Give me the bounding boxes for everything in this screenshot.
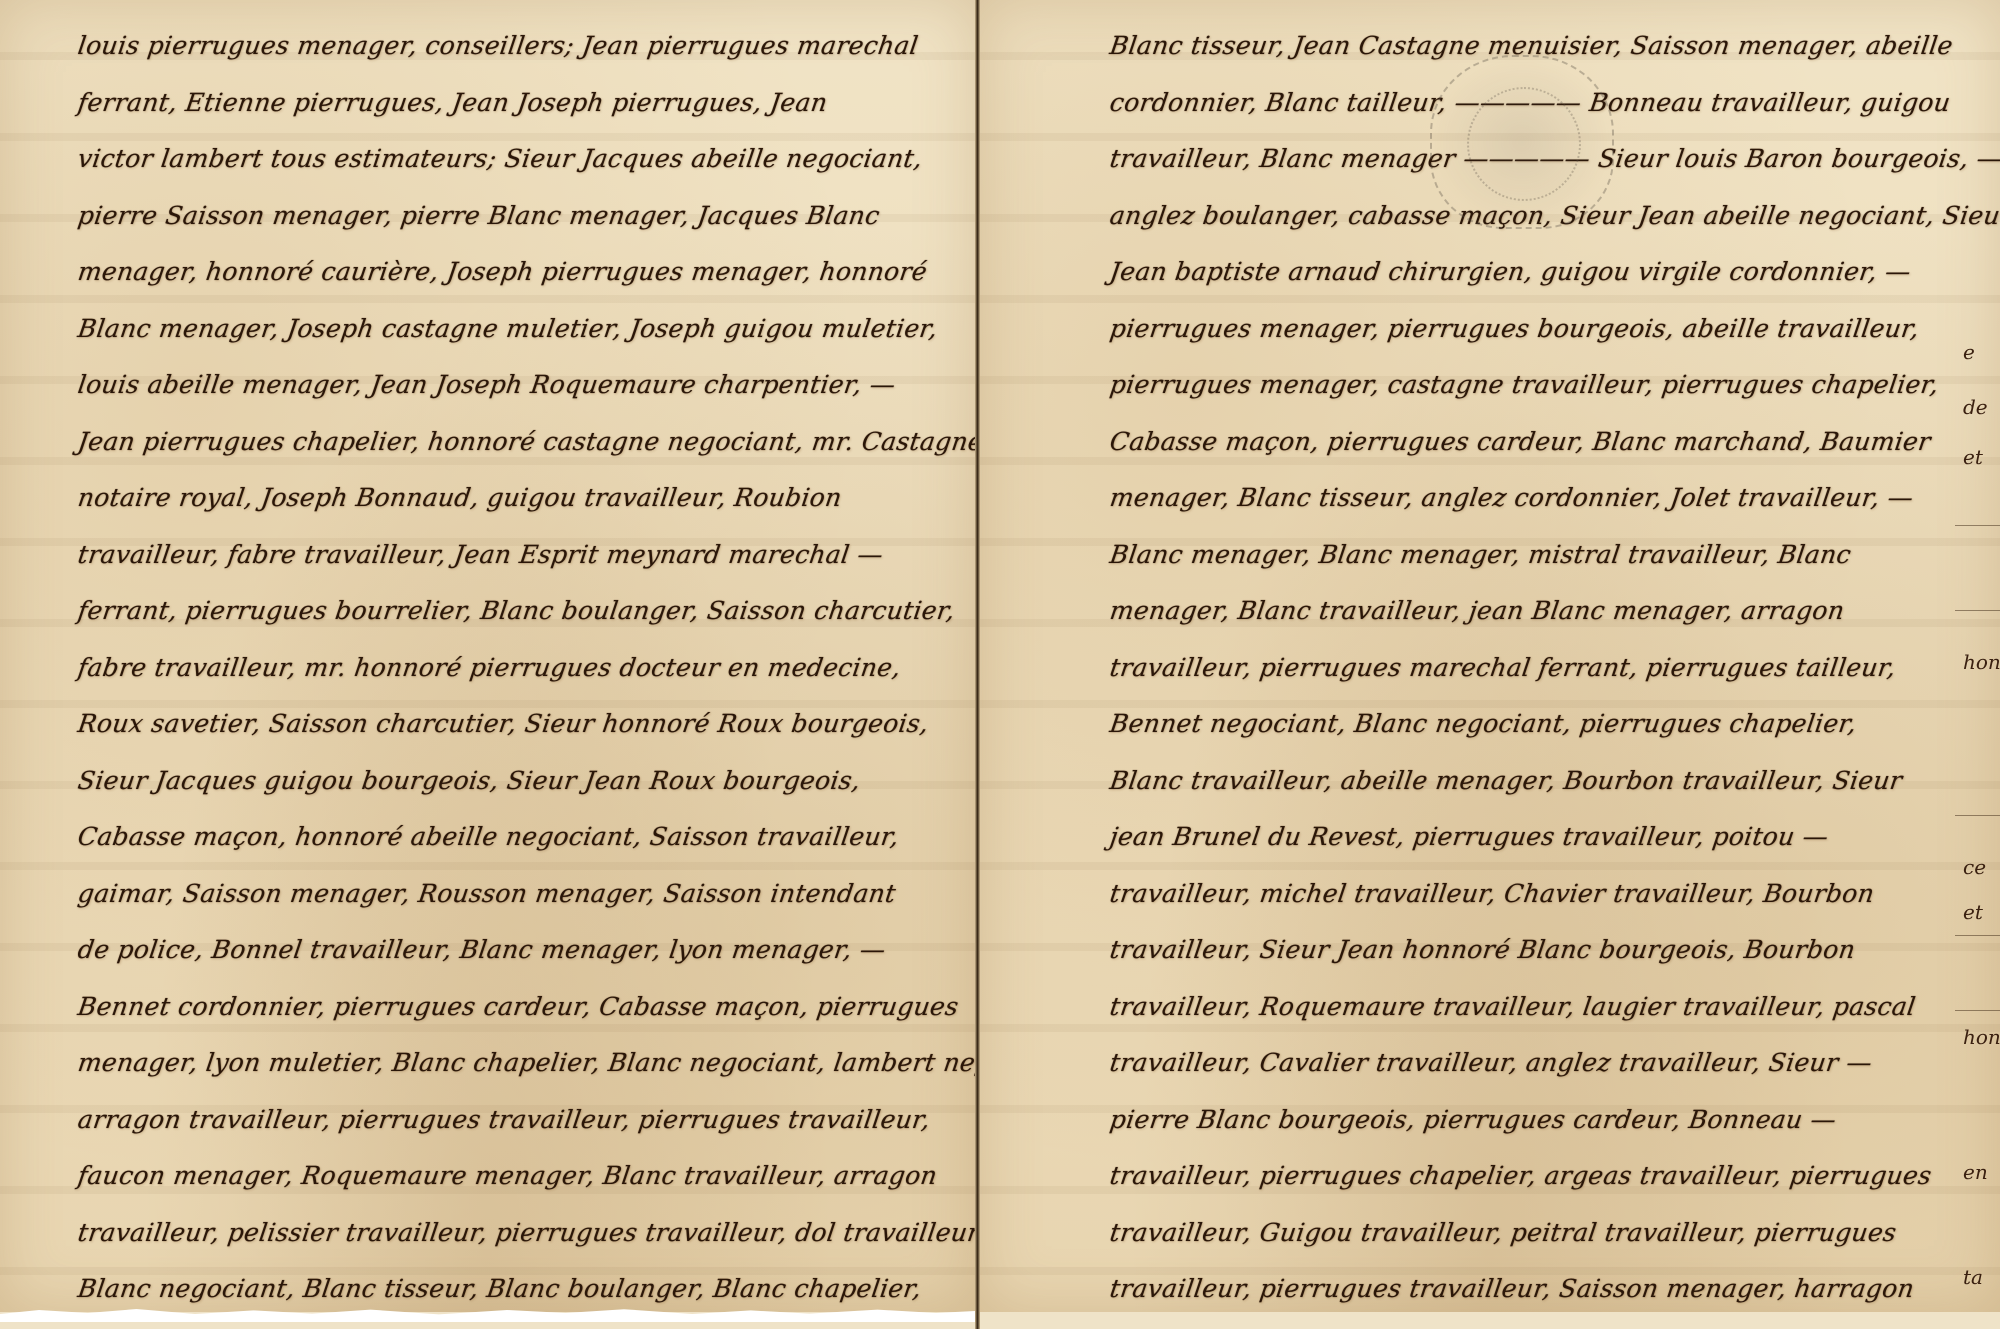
text-line: ferrant, Etienne pierrugues, Jean Joseph… <box>74 75 962 132</box>
text-line: Roux savetier, Saisson charcutier, Sieur… <box>74 696 962 753</box>
margin-note: hon <box>1963 1025 2000 1049</box>
text-line: Bennet negociant, Blanc negociant, pierr… <box>1106 696 1954 753</box>
margin-note: de <box>1963 395 1988 419</box>
text-line: pierrugues menager, castagne travailleur… <box>1106 357 1954 414</box>
text-line: Cabasse maçon, honnoré abeille negociant… <box>74 809 962 866</box>
text-line: pierrugues menager, pierrugues bourgeois… <box>1106 301 1954 358</box>
text-line: travailleur, Roquemaure travailleur, lau… <box>1106 979 1954 1036</box>
margin-rule <box>1955 1010 2000 1011</box>
text-line: travailleur, pierrugues travailleur, Sai… <box>1106 1261 1954 1318</box>
text-line: Blanc menager, Blanc menager, mistral tr… <box>1106 527 1954 584</box>
text-line: travailleur, fabre travailleur, Jean Esp… <box>74 527 962 584</box>
text-line: menager, Blanc tisseur, anglez cordonnie… <box>1106 470 1954 527</box>
stamp-seal <box>1430 55 1614 229</box>
left-page: louis pierrugues menager, conseillers; J… <box>0 0 975 1312</box>
text-line: Blanc menager, Joseph castagne muletier,… <box>74 301 962 358</box>
text-line: fabre travailleur, mr. honnoré pierrugue… <box>74 640 962 697</box>
margin-note: ta <box>1963 1265 1983 1289</box>
text-line: menager, honnoré caurière, Joseph pierru… <box>74 244 962 301</box>
text-line: travailleur, pierrugues chapelier, argea… <box>1106 1148 1954 1205</box>
text-line: jean Brunel du Revest, pierrugues travai… <box>1106 809 1954 866</box>
text-line: Blanc negociant, Blanc tisseur, Blanc bo… <box>74 1261 962 1318</box>
text-line: faucon menager, Roquemaure menager, Blan… <box>74 1148 962 1205</box>
margin-note: et <box>1963 900 1983 924</box>
text-line: Bennet cordonnier, pierrugues cardeur, C… <box>74 979 962 1036</box>
right-margin-notes: e de et hon ce et hon en ta <box>1955 0 2000 1329</box>
text-line: pierre Blanc bourgeois, pierrugues carde… <box>1106 1092 1954 1149</box>
text-line: travailleur, pelissier travailleur, pier… <box>74 1205 962 1262</box>
text-line: travailleur, Sieur Jean honnoré Blanc bo… <box>1106 922 1954 979</box>
text-line: travailleur, Cavalier travailleur, angle… <box>1106 1035 1954 1092</box>
margin-note: en <box>1963 1160 1988 1184</box>
text-line: travailleur, pierrugues marechal ferrant… <box>1106 640 1954 697</box>
margin-rule <box>1955 935 2000 936</box>
text-line: menager, Blanc travailleur, jean Blanc m… <box>1106 583 1954 640</box>
text-line: Jean baptiste arnaud chirurgien, guigou … <box>1106 244 1954 301</box>
margin-note: hon <box>1963 650 2000 674</box>
margin-note: ce <box>1963 855 1986 879</box>
text-line: Cabasse maçon, pierrugues cardeur, Blanc… <box>1106 414 1954 471</box>
text-line: Sieur Jacques guigou bourgeois, Sieur Je… <box>74 753 962 810</box>
text-line: Jean pierrugues chapelier, honnoré casta… <box>74 414 962 471</box>
seal-emblem <box>1467 87 1581 201</box>
margin-rule <box>1955 815 2000 816</box>
margin-rule <box>1955 610 2000 611</box>
text-line: travailleur, Guigou travailleur, peitral… <box>1106 1205 1954 1262</box>
margin-note: e <box>1963 340 1975 364</box>
text-line: gaimar, Saisson menager, Rousson menager… <box>74 866 962 923</box>
text-line: menager, lyon muletier, Blanc chapelier,… <box>74 1035 962 1092</box>
text-line: notaire royal, Joseph Bonnaud, guigou tr… <box>74 470 962 527</box>
margin-rule <box>1955 525 2000 526</box>
text-line: louis abeille menager, Jean Joseph Roque… <box>74 357 962 414</box>
text-line: arragon travailleur, pierrugues travaill… <box>74 1092 962 1149</box>
text-line: travailleur, michel travailleur, Chavier… <box>1106 866 1954 923</box>
manuscript-spread: louis pierrugues menager, conseillers; J… <box>0 0 2000 1329</box>
text-line: de police, Bonnel travailleur, Blanc men… <box>74 922 962 979</box>
text-line: louis pierrugues menager, conseillers; J… <box>74 18 962 75</box>
text-line: Blanc travailleur, abeille menager, Bour… <box>1106 753 1954 810</box>
text-line: victor lambert tous estimateurs; Sieur J… <box>74 131 962 188</box>
left-page-text: louis pierrugues menager, conseillers; J… <box>78 18 958 1318</box>
margin-note: et <box>1963 445 1983 469</box>
text-line: ferrant, pierrugues bourrelier, Blanc bo… <box>74 583 962 640</box>
text-line: pierre Saisson menager, pierre Blanc men… <box>74 188 962 245</box>
